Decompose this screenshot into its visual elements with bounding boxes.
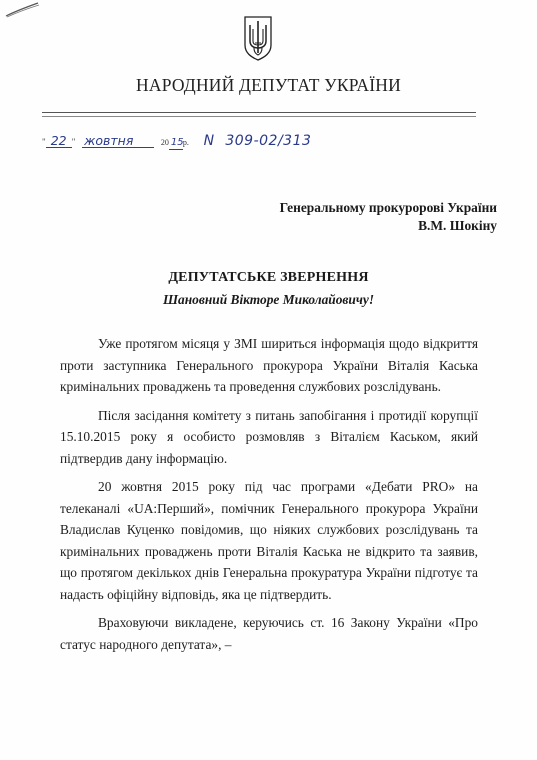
handwritten-check-mark-icon (4, 2, 40, 18)
header-divider (42, 112, 476, 117)
body-paragraph: 20 жовтня 2015 року під час програми «Де… (60, 476, 478, 605)
addressee-block: Генеральному прокуророві України В.М. Шо… (280, 199, 497, 235)
registration-day: 22 (46, 134, 72, 148)
document-title: НАРОДНИЙ ДЕПУТАТ УКРАЇНИ (0, 75, 537, 96)
year-prefix: 20 (161, 138, 169, 147)
registration-line: "22" жовтня 2015р. N 309-02/313 (42, 134, 313, 150)
addressee-name: В.М. Шокіну (280, 217, 497, 235)
registration-month: жовтня (82, 134, 154, 148)
trident-emblem-icon (243, 15, 273, 61)
body-paragraph: Уже протягом місяця у ЗМІ шириться інфор… (60, 333, 478, 398)
letter-heading: ДЕПУТАТСЬКЕ ЗВЕРНЕННЯ (0, 270, 537, 286)
addressee-position: Генеральному прокуророві України (280, 199, 497, 217)
registration-number: 309-02/313 (223, 135, 313, 148)
letter-page: НАРОДНИЙ ДЕПУТАТ УКРАЇНИ "22" жовтня 201… (0, 0, 537, 760)
year-suffix: р. (183, 138, 189, 147)
letter-salutation: Шановний Вікторе Миколайовичу! (0, 292, 537, 308)
body-paragraph: Враховуючи викладене, керуючись ст. 16 З… (60, 612, 478, 655)
body-paragraph: Після засідання комітету з питань запобі… (60, 405, 478, 470)
quote-mark: " (72, 137, 76, 147)
registration-year: 15 (169, 136, 183, 150)
registration-number-label: N (202, 135, 217, 148)
letter-body: Уже протягом місяця у ЗМІ шириться інфор… (60, 333, 478, 662)
